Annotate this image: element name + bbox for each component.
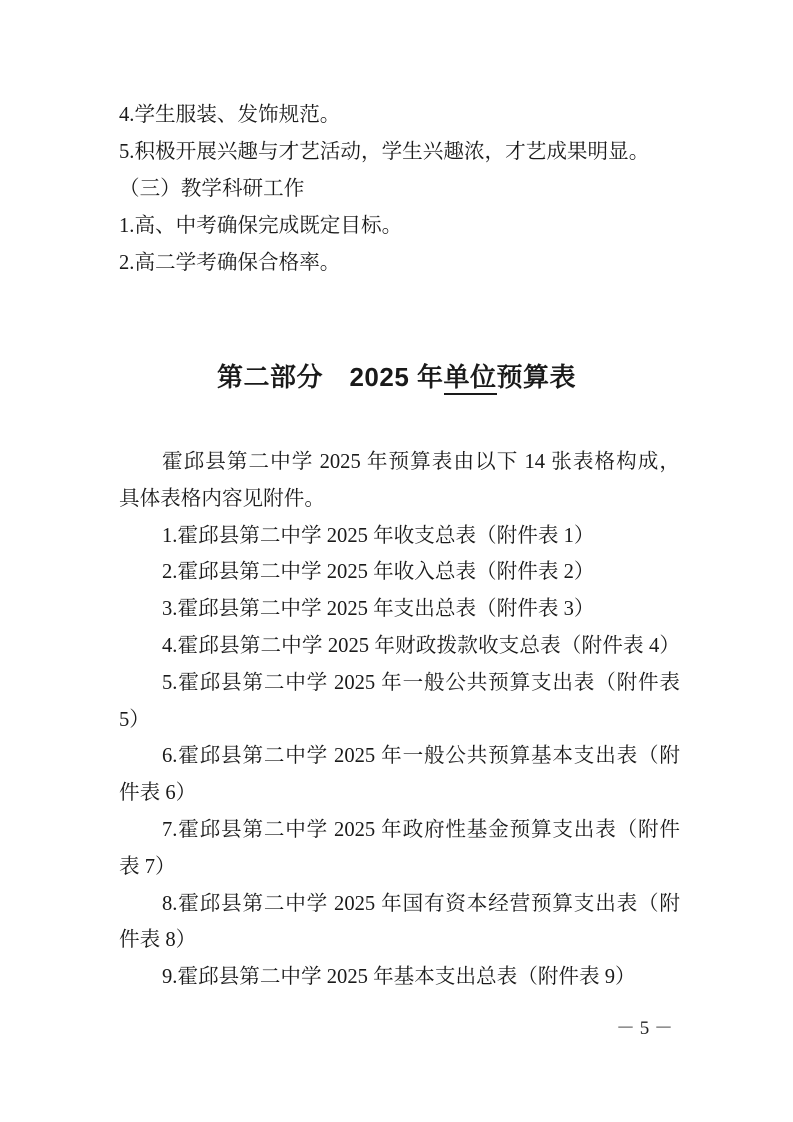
table-list-line: 1.霍邱县第二中学 2025 年收支总表（附件表 1） [119, 518, 680, 555]
summary-line-subheading: （三）教学科研工作 [119, 171, 680, 208]
table-list-line-continuation: 表 7） [119, 849, 680, 886]
table-list-line: 2.霍邱县第二中学 2025 年收入总表（附件表 2） [119, 554, 680, 591]
heading-underlined-text: 单位 [444, 362, 497, 395]
heading-suffix: 预算表 [497, 362, 577, 392]
document-page: 4.学生服装、发饰规范。 5.积极开展兴趣与才艺活动，学生兴趣浓，才艺成果明显。… [0, 0, 793, 1122]
intro-line: 霍邱县第二中学 2025 年预算表由以下 14 张表格构成， [119, 444, 680, 481]
part2-heading: 第二部分 2025 年单位预算表 [0, 357, 793, 397]
summary-line: 1.高、中考确保完成既定目标。 [119, 208, 680, 245]
page-number: － 5 － [616, 1014, 673, 1044]
part2-body: 霍邱县第二中学 2025 年预算表由以下 14 张表格构成， 具体表格内容见附件… [119, 444, 680, 996]
table-list-line: 8.霍邱县第二中学 2025 年国有资本经营预算支出表（附 [119, 886, 680, 923]
table-list-line: 3.霍邱县第二中学 2025 年支出总表（附件表 3） [119, 591, 680, 628]
table-list-line-continuation: 5） [119, 702, 680, 739]
summary-line: 2.高二学考确保合格率。 [119, 245, 680, 282]
table-list-line-continuation: 件表 6） [119, 775, 680, 812]
summary-line: 5.积极开展兴趣与才艺活动，学生兴趣浓，才艺成果明显。 [119, 134, 680, 171]
table-list-line: 9.霍邱县第二中学 2025 年基本支出总表（附件表 9） [119, 959, 680, 996]
section-summary-block: 4.学生服装、发饰规范。 5.积极开展兴趣与才艺活动，学生兴趣浓，才艺成果明显。… [119, 97, 680, 282]
heading-prefix: 第二部分 2025 年 [217, 362, 444, 392]
intro-line: 具体表格内容见附件。 [119, 481, 680, 518]
table-list-line: 4.霍邱县第二中学 2025 年财政拨款收支总表（附件表 4） [119, 628, 680, 665]
table-list-line: 5.霍邱县第二中学 2025 年一般公共预算支出表（附件表 [119, 665, 680, 702]
table-list-line: 7.霍邱县第二中学 2025 年政府性基金预算支出表（附件 [119, 812, 680, 849]
summary-line: 4.学生服装、发饰规范。 [119, 97, 680, 134]
table-list-line-continuation: 件表 8） [119, 922, 680, 959]
table-list-line: 6.霍邱县第二中学 2025 年一般公共预算基本支出表（附 [119, 738, 680, 775]
